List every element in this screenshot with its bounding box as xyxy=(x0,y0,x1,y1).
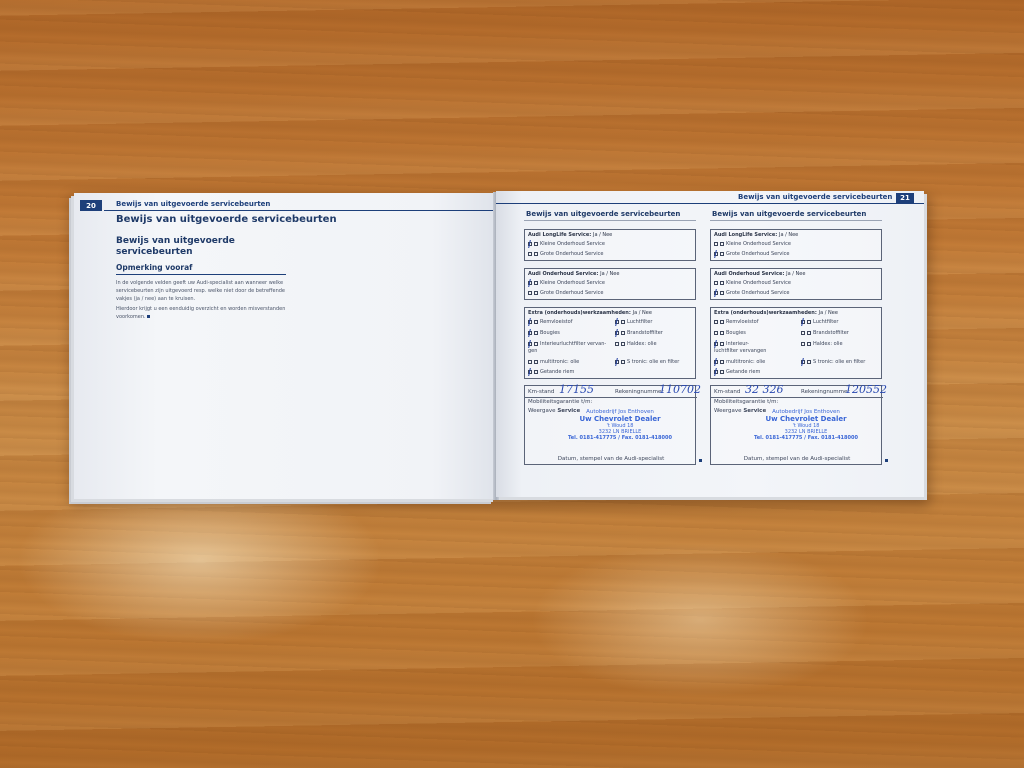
checkbox-row-continued: luchtfilter vervangen xyxy=(714,348,766,354)
checkbox-row[interactable]: Remvloeistof xyxy=(714,319,758,325)
checkbox-nee[interactable] xyxy=(621,360,625,364)
end-mark xyxy=(699,459,702,462)
checkbox-ja[interactable] xyxy=(714,320,718,324)
checkbox-row[interactable]: Interieur- xyxy=(714,341,749,347)
checkbox-nee[interactable] xyxy=(534,360,538,364)
checkbox-nee[interactable] xyxy=(720,252,724,256)
checkbox-nee[interactable] xyxy=(720,360,724,364)
checkbox-nee[interactable] xyxy=(534,281,538,285)
checkbox-row[interactable]: multitronic: olie xyxy=(714,359,765,365)
service-record-1: Bewijs van uitgevoerde servicebeurten Au… xyxy=(524,191,699,497)
section-heading: Opmerking vooraf xyxy=(116,263,192,272)
checkbox-nee[interactable] xyxy=(534,252,538,256)
checkbox-nee[interactable] xyxy=(807,331,811,335)
checkbox-nee[interactable] xyxy=(534,242,538,246)
checkbox-ja[interactable] xyxy=(714,370,718,374)
checkbox-ja[interactable] xyxy=(801,342,805,346)
checkbox-ja[interactable] xyxy=(714,291,718,295)
right-page: Bewijs van uitgevoerde servicebeurten 21… xyxy=(496,191,924,497)
checkbox-ja[interactable] xyxy=(528,291,532,295)
invoice-value: 110702 xyxy=(659,383,701,396)
checkbox-ja[interactable] xyxy=(528,342,532,346)
subtitle-line2: servicebeurten xyxy=(116,247,193,257)
left-page: 20 Bewijs van uitgevoerde servicebeurten… xyxy=(74,193,496,499)
checkbox-row[interactable]: Brandstoffilter xyxy=(615,330,663,336)
checkbox-nee[interactable] xyxy=(534,291,538,295)
checkbox-row[interactable]: Grote Onderhoud Service xyxy=(528,251,603,257)
section-rule xyxy=(116,274,286,275)
stamp-footer-label: Datum, stempel van de Audi-specialist xyxy=(525,456,697,462)
checkbox-ja[interactable] xyxy=(528,331,532,335)
header-rule-left xyxy=(104,210,496,211)
checkbox-row[interactable]: Bougies xyxy=(528,330,560,336)
checkbox-row[interactable]: Brandstoffilter xyxy=(801,330,849,336)
end-mark xyxy=(885,459,888,462)
checkbox-nee[interactable] xyxy=(807,320,811,324)
km-row-rule xyxy=(525,397,697,398)
km-value: 17155 xyxy=(559,383,594,396)
record-heading-rule xyxy=(710,220,882,221)
checkbox-ja[interactable] xyxy=(528,320,532,324)
checkbox-nee[interactable] xyxy=(720,320,724,324)
checkbox-nee[interactable] xyxy=(534,370,538,374)
running-header-left: Bewijs van uitgevoerde servicebeurten xyxy=(116,200,270,208)
km-label: Km-stand xyxy=(528,389,554,395)
km-label: Km-stand xyxy=(714,389,740,395)
record-heading: Bewijs van uitgevoerde servicebeurten xyxy=(526,210,680,218)
checkbox-row[interactable]: Luchtfilter xyxy=(801,319,838,325)
longlife-box: Audi LongLife Service: Ja / Nee Kleine O… xyxy=(524,229,696,261)
record-heading-rule xyxy=(524,220,696,221)
subtitle-line1: Bewijs van uitgevoerde xyxy=(116,236,235,246)
stamp-box: Km-stand 17155 Rekeningnummer 110702 Mob… xyxy=(524,385,696,465)
onderhoud-box: Audi Onderhoud Service: Ja / Nee Kleine … xyxy=(710,268,882,300)
checkbox-row[interactable]: Kleine Onderhoud Service xyxy=(714,241,791,247)
checkbox-row[interactable]: Luchtfilter xyxy=(615,319,652,325)
checkbox-ja[interactable] xyxy=(615,342,619,346)
stamp-box: Km-stand 32 326 Rekeningnummer 120552 Mo… xyxy=(710,385,882,465)
dealer-stamp: Autobedrijf Jos Enthoven Uw Chevrolet De… xyxy=(565,409,675,441)
checkbox-ja[interactable] xyxy=(714,342,718,346)
km-value: 32 326 xyxy=(745,383,784,396)
checkbox-row[interactable]: Getande riem xyxy=(528,369,574,375)
checkbox-row[interactable]: Interieurluchtfilter vervan- xyxy=(528,341,606,347)
checkbox-ja[interactable] xyxy=(528,242,532,246)
extra-box: Extra (onderhouds)werkzaamheden: Ja / Ne… xyxy=(710,307,882,379)
checkbox-ja[interactable] xyxy=(801,320,805,324)
page-title: Bewijs van uitgevoerde servicebeurten xyxy=(116,214,337,225)
longlife-box: Audi LongLife Service: Ja / Nee Kleine O… xyxy=(710,229,882,261)
checkbox-nee[interactable] xyxy=(720,242,724,246)
checkbox-row[interactable]: Kleine Onderhoud Service xyxy=(714,280,791,286)
checkbox-nee[interactable] xyxy=(720,291,724,295)
page-number-right: 21 xyxy=(896,193,914,203)
mobility-label: Mobiliteitsgarantie t/m: xyxy=(528,399,592,405)
invoice-label: Rekeningnummer xyxy=(615,389,664,395)
stamp-footer-label: Datum, stempel van de Audi-specialist xyxy=(711,456,883,462)
end-mark xyxy=(147,315,150,318)
checkbox-ja[interactable] xyxy=(714,331,718,335)
checkbox-nee[interactable] xyxy=(534,342,538,346)
checkbox-ja[interactable] xyxy=(528,252,532,256)
checkbox-nee[interactable] xyxy=(621,331,625,335)
dealer-stamp: Autobedrijf Jos Enthoven Uw Chevrolet De… xyxy=(751,409,861,441)
checkbox-row[interactable]: Bougies xyxy=(714,330,746,336)
mobility-label: Mobiliteitsgarantie t/m: xyxy=(714,399,778,405)
checkbox-row[interactable]: Kleine Onderhoud Service xyxy=(528,280,605,286)
checkbox-ja[interactable] xyxy=(615,331,619,335)
checkbox-ja[interactable] xyxy=(714,242,718,246)
checkbox-row[interactable]: Remvloeistof xyxy=(528,319,572,325)
checkbox-row[interactable]: multitronic: olie xyxy=(528,359,579,365)
extra-box: Extra (onderhouds)werkzaamheden: Ja / Ne… xyxy=(524,307,696,379)
checkbox-nee[interactable] xyxy=(621,320,625,324)
checkbox-ja[interactable] xyxy=(528,281,532,285)
invoice-value: 120552 xyxy=(845,383,887,396)
record-heading: Bewijs van uitgevoerde servicebeurten xyxy=(712,210,866,218)
checkbox-row[interactable]: Haldex: olie xyxy=(615,341,657,347)
checkbox-ja[interactable] xyxy=(528,370,532,374)
checkbox-ja[interactable] xyxy=(714,281,718,285)
checkbox-row[interactable]: Kleine Onderhoud Service xyxy=(528,241,605,247)
onderhoud-box: Audi Onderhoud Service: Ja / Nee Kleine … xyxy=(524,268,696,300)
checkbox-ja[interactable] xyxy=(801,331,805,335)
checkbox-nee[interactable] xyxy=(621,342,625,346)
checkbox-nee[interactable] xyxy=(720,331,724,335)
checkbox-row[interactable]: Grote Onderhoud Service xyxy=(714,251,789,257)
checkbox-nee[interactable] xyxy=(720,342,724,346)
checkbox-row[interactable]: Grote Onderhoud Service xyxy=(528,290,603,296)
invoice-label: Rekeningnummer xyxy=(801,389,850,395)
page-number-left: 20 xyxy=(80,200,102,211)
checkbox-ja[interactable] xyxy=(615,360,619,364)
checkbox-row[interactable]: Haldex: olie xyxy=(801,341,843,347)
checkbox-nee[interactable] xyxy=(807,360,811,364)
checkbox-ja[interactable] xyxy=(714,360,718,364)
checkbox-row[interactable]: S tronic: olie en filter xyxy=(801,359,865,365)
checkbox-nee[interactable] xyxy=(720,281,724,285)
checkbox-ja[interactable] xyxy=(801,360,805,364)
checkbox-nee[interactable] xyxy=(720,370,724,374)
checkbox-ja[interactable] xyxy=(714,252,718,256)
checkbox-ja[interactable] xyxy=(615,320,619,324)
checkbox-row[interactable]: Getande riem xyxy=(714,369,760,375)
checkbox-row-continued: gen xyxy=(528,348,537,354)
checkbox-ja[interactable] xyxy=(528,360,532,364)
checkbox-row[interactable]: S tronic: olie en filter xyxy=(615,359,679,365)
intro-paragraph: In de volgende velden geeft uw Audi-spec… xyxy=(116,279,306,321)
checkbox-row[interactable]: Grote Onderhoud Service xyxy=(714,290,789,296)
checkbox-nee[interactable] xyxy=(534,331,538,335)
checkbox-nee[interactable] xyxy=(807,342,811,346)
service-record-2: Bewijs van uitgevoerde servicebeurten Au… xyxy=(710,191,885,497)
km-row-rule xyxy=(711,397,883,398)
checkbox-nee[interactable] xyxy=(534,320,538,324)
